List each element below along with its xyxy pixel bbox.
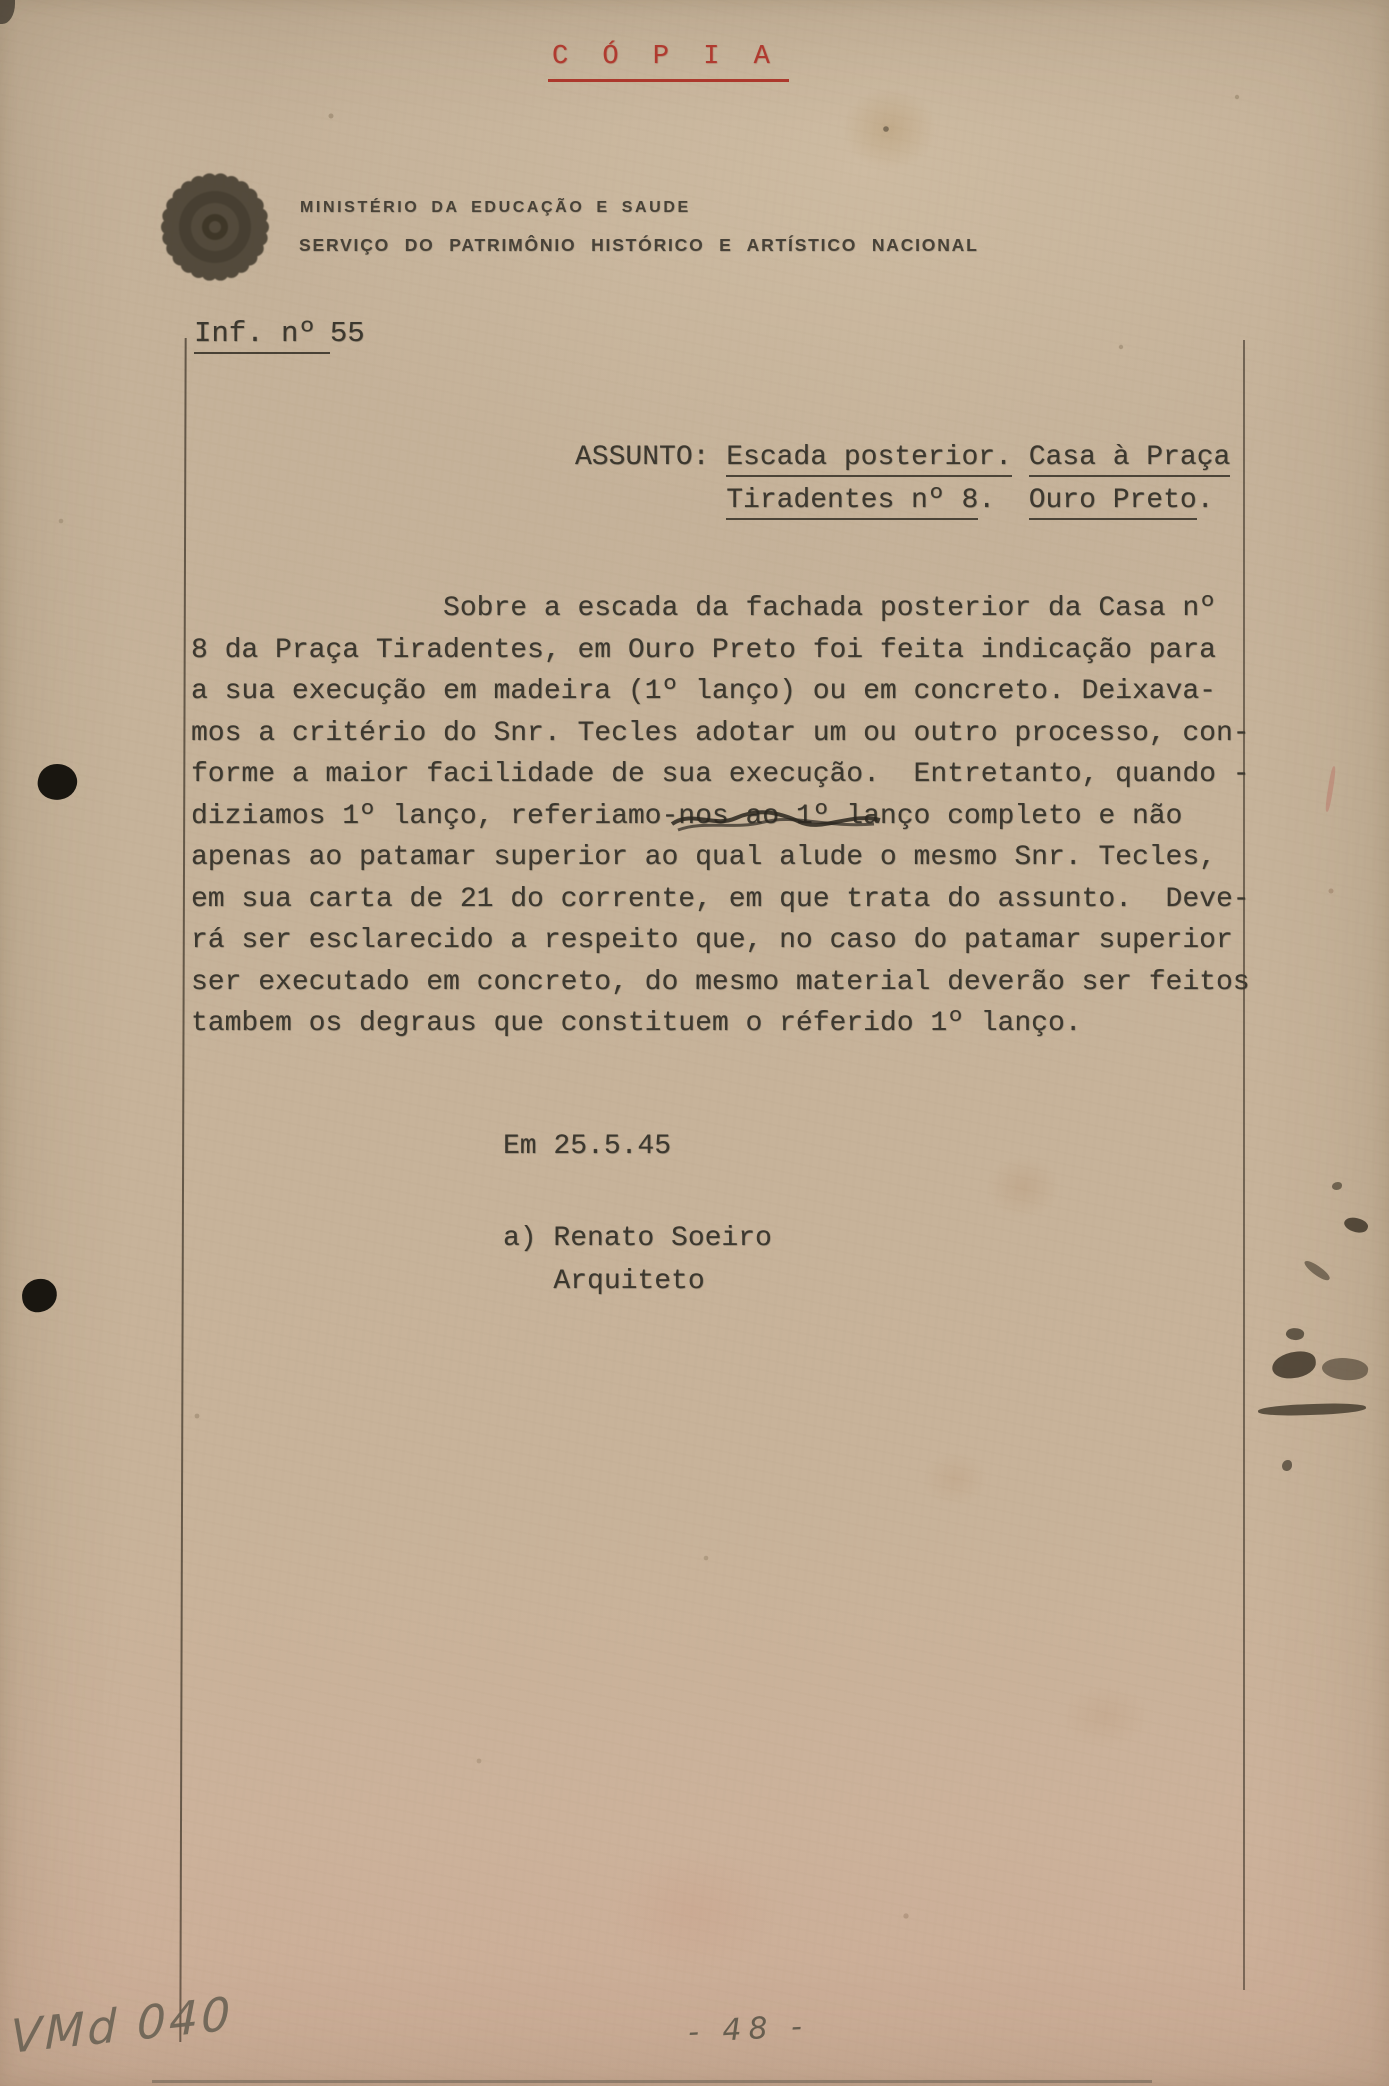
ink-smudge-5: [1271, 1350, 1317, 1380]
ink-smudge-6: [1321, 1355, 1370, 1383]
body-line: 8 da Praça Tiradentes, em Ouro Preto foi…: [191, 630, 1266, 672]
signature-block: a) Renato Soeiro Arquiteto: [503, 1217, 772, 1303]
subject-plain-text: [1012, 442, 1029, 473]
body-line: em sua carta de 21 do corrente, em que t…: [191, 879, 1266, 921]
paper-stain-3: [922, 1452, 988, 1506]
brazil-coat-of-arms-seal: [156, 168, 274, 286]
document-page: C Ó P I A MINISTÉRIO DA EDUCAÇÃO E SAUDE…: [0, 0, 1389, 2086]
handwritten-page-number: - 48 -: [687, 2009, 810, 2050]
signature-title: Arquiteto: [553, 1260, 771, 1303]
left-margin-rule: [179, 338, 186, 2042]
ink-scribble: [668, 800, 888, 840]
subject-line-2-text: Tiradentes nº 8. Ouro Preto.: [726, 485, 1213, 520]
subject-underlined-text: Casa à Praça: [1029, 442, 1231, 477]
body-line: a sua execução em madeira (1º lanço) ou …: [191, 671, 1266, 713]
ink-smudge-4: [1285, 1327, 1305, 1342]
corner-chip-mark: [0, 0, 15, 24]
copy-stamp: C Ó P I A: [548, 42, 789, 82]
subject-line-1: ASSUNTO:Escada posterior. Casa à Praça: [575, 436, 1230, 479]
subject-block: ASSUNTO:Escada posterior. Casa à Praça T…: [575, 436, 1230, 522]
body-line: forme a maior facilidade de sua execução…: [191, 754, 1266, 796]
pink-pencil-mark: [1324, 766, 1336, 812]
ink-blot-left-1: [35, 760, 81, 803]
reference-number: Inf. nº55: [194, 317, 365, 350]
subject-underlined-text: Escada posterior.: [726, 442, 1012, 477]
subject-label: ASSUNTO:: [575, 442, 709, 473]
body-line: Sobre a escada da fachada posterior da C…: [191, 588, 1266, 630]
ink-smudge-3: [1302, 1258, 1331, 1284]
subject-line-1-text: Escada posterior. Casa à Praça: [726, 442, 1230, 477]
subject-plain-text: .: [1197, 485, 1214, 516]
handwritten-archive-code: VMd 040: [11, 1986, 234, 2064]
ink-smudge-2: [1342, 1214, 1369, 1235]
ink-blot-left-2: [20, 1277, 59, 1315]
ink-smudge-7: [1258, 1402, 1366, 1417]
letterhead-service: SERVIÇO DO PATRIMÔNIO HISTÓRICO E ARTÍST…: [299, 235, 979, 256]
subject-line-2: Tiradentes nº 8. Ouro Preto.: [575, 479, 1230, 522]
ink-smudge-1: [1332, 1182, 1342, 1190]
body-line: ser executado em concreto, do mesmo mate…: [191, 962, 1266, 1004]
reference-label: Inf. nº: [194, 317, 330, 354]
subject-underlined-text: Tiradentes nº 8: [726, 485, 978, 520]
date-line: Em 25.5.45: [503, 1131, 671, 1162]
letterhead-ministry: MINISTÉRIO DA EDUCAÇÃO E SAUDE: [300, 199, 691, 217]
body-line: apenas ao patamar superior ao qual alude…: [191, 837, 1266, 879]
reference-value: 55: [330, 317, 365, 350]
paper-stain-5: [1060, 1684, 1150, 1748]
paper-stain-4: [608, 1848, 778, 1976]
paper-speckles: [0, 0, 2, 2]
signature-name: a) Renato Soeiro: [503, 1217, 772, 1260]
subject-underlined-text: Ouro Preto: [1029, 485, 1197, 520]
body-line: mos a critério do Snr. Tecles adotar um …: [191, 713, 1266, 755]
ink-smudge-8: [1282, 1460, 1292, 1471]
paper-stain-2: [986, 1156, 1060, 1218]
subject-plain-text: .: [978, 485, 1028, 516]
bottom-scan-edge-line: [152, 2080, 1152, 2083]
paper-stain-1: [842, 88, 937, 170]
body-line: tambem os degraus que constituem o réfer…: [191, 1003, 1266, 1045]
body-line: rá ser esclarecido a respeito que, no ca…: [191, 920, 1266, 962]
